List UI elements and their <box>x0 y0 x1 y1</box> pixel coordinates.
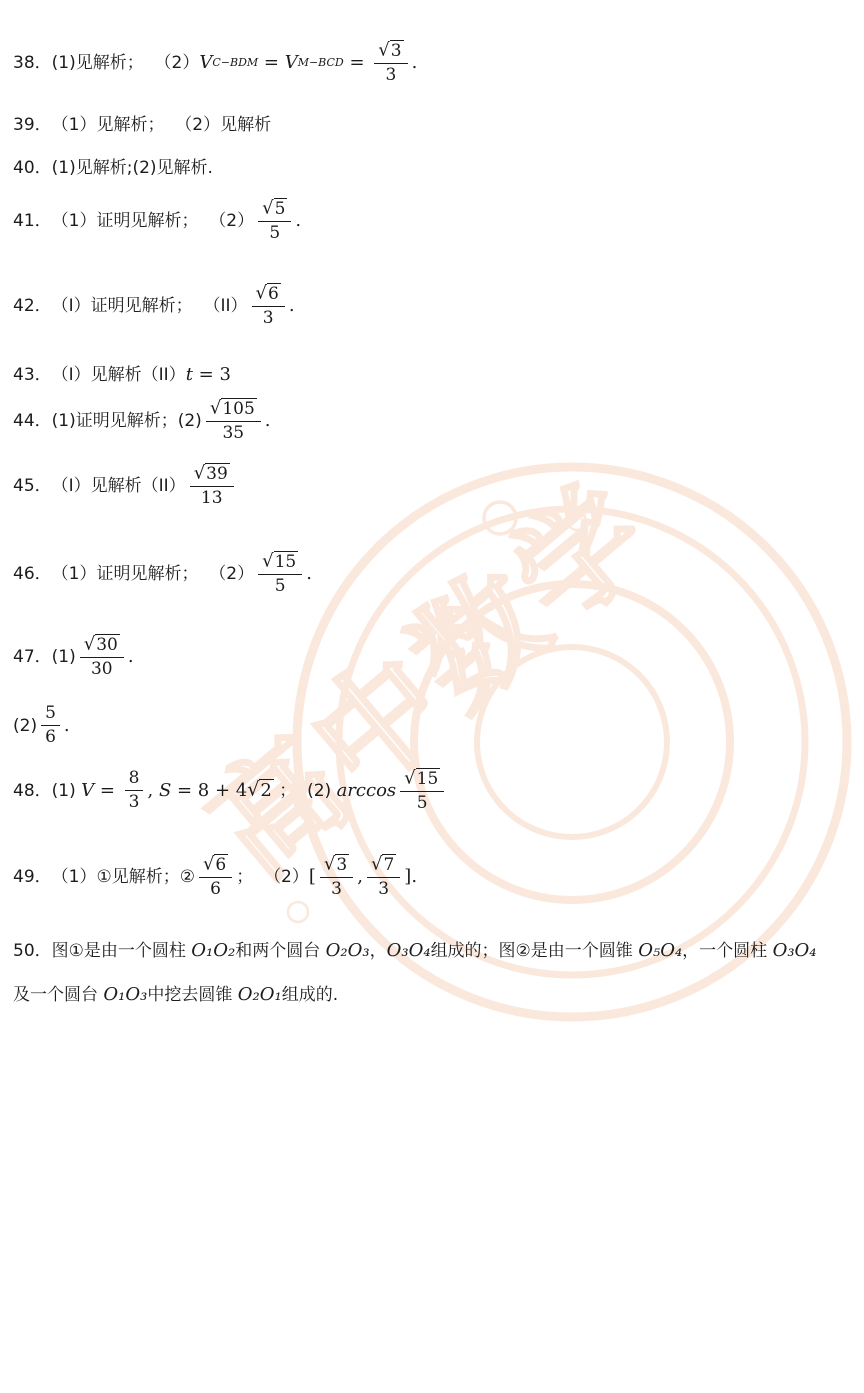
radical-symbol: √ <box>194 464 205 484</box>
watermark-ring-3 <box>414 584 730 900</box>
denominator: 6 <box>210 878 221 900</box>
part-1-label: (1) <box>52 780 81 802</box>
item-number: 40． <box>13 157 52 179</box>
square-root: √7 <box>371 854 396 876</box>
denominator: 13 <box>201 487 223 509</box>
math-label-o3o4: O₃O₄ <box>387 928 431 974</box>
right-bracket: ] <box>404 865 411 888</box>
answer-item-49: 49．（1）①见解析；② √6 6 ； （2） [ √3 3 , √7 3 ]. <box>13 854 417 899</box>
math-label-o2o3: O₂O₃ <box>326 928 370 974</box>
answer-item-43: 43．（I）见解析（II） t = 3 <box>13 363 231 386</box>
square-root: √15 <box>404 768 440 790</box>
text-segment: 中挖去圆锥 <box>147 972 237 1018</box>
numerator: 8 <box>129 769 140 789</box>
period: . <box>411 865 417 888</box>
denominator: 3 <box>263 307 274 329</box>
radicand: 6 <box>214 854 228 876</box>
part-2-label: (2) <box>178 410 202 432</box>
fraction: √5 5 <box>258 198 291 243</box>
math-variable: t <box>186 363 193 386</box>
semicolon: ； <box>236 866 264 888</box>
answer-item-40: 40．(1)见解析;(2)见解析. <box>13 157 213 179</box>
comma: , <box>147 779 158 802</box>
radical-symbol: √ <box>262 199 273 219</box>
math-subscript: M−BCD <box>298 57 344 68</box>
radical-symbol: √ <box>324 855 335 875</box>
comma: , <box>357 865 363 888</box>
denominator: 35 <box>222 422 244 444</box>
period: . <box>412 51 418 74</box>
numerator: 5 <box>45 704 56 724</box>
radicand: 5 <box>274 198 288 220</box>
part-1-label: (1) <box>52 646 76 668</box>
math-expression: = 8 + 4 <box>171 779 247 802</box>
fraction: √6 3 <box>252 283 285 328</box>
fraction: √7 3 <box>367 854 400 899</box>
denominator: 5 <box>417 792 428 814</box>
watermark-ring-inner <box>477 647 667 837</box>
radicand: 3 <box>335 854 349 876</box>
item-number: 46． <box>13 563 52 585</box>
answer-sheet-page: 高中数学 38．(1)见解析； （2） VC−BDM = VM−BCD = √3… <box>0 0 864 1393</box>
answer-item-50-line2: 及一个圆台 O₁O₃中挖去圆锥 O₂O₁组成的. <box>13 972 338 1018</box>
denominator: 3 <box>331 878 342 900</box>
radicand: 2 <box>259 779 273 802</box>
radical-symbol: √ <box>262 552 273 572</box>
math-variable: V <box>199 51 212 74</box>
square-root: √6 <box>256 283 281 305</box>
math-label-o1o3: O₁O₃ <box>103 972 147 1018</box>
fraction: √39 13 <box>190 463 234 508</box>
math-variable: S <box>159 779 171 802</box>
radicand: 30 <box>95 634 120 656</box>
answer-text: （I）见解析（II） <box>52 364 186 386</box>
answer-text: （I）见解析（II） <box>52 475 186 497</box>
square-root: √3 <box>324 854 349 876</box>
denominator: 5 <box>275 575 286 597</box>
square-root: √5 <box>262 198 287 220</box>
math-label-o3o4: O₃O₄ <box>773 928 817 974</box>
fraction: √6 6 <box>199 854 232 899</box>
math-variable: V <box>81 779 94 802</box>
fraction: √3 3 <box>320 854 353 899</box>
equals-sign: = <box>193 363 220 386</box>
watermark-small-circle-1 <box>484 502 516 534</box>
denominator: 3 <box>385 64 396 86</box>
item-number: 49． <box>13 866 52 888</box>
fraction: √30 30 <box>80 634 124 679</box>
answer-part-1: (1)证明见解析； <box>52 410 178 432</box>
fraction: √15 5 <box>258 551 302 596</box>
answer-item-42: 42．（I）证明见解析； （II） √6 3 . <box>13 283 295 328</box>
answer-item-39: 39．（1）见解析； （2）见解析 <box>13 114 271 136</box>
period: . <box>265 409 271 432</box>
item-number: 47． <box>13 646 52 668</box>
square-root: √105 <box>210 398 257 420</box>
fraction: 8 3 <box>125 769 144 812</box>
item-number: 44． <box>13 410 52 432</box>
radicand: 15 <box>274 551 299 573</box>
radicand: 7 <box>382 854 396 876</box>
comma: ， <box>370 928 387 974</box>
fraction: √15 5 <box>400 768 444 813</box>
square-root: √3 <box>378 40 403 62</box>
part-2-label: （2） <box>209 563 254 585</box>
period: . <box>306 562 312 585</box>
radicand: 15 <box>416 768 441 790</box>
radical-symbol: √ <box>371 855 382 875</box>
fraction: 5 6 <box>41 704 60 747</box>
denominator: 6 <box>45 726 56 748</box>
text-segment: 组成的；图②是由一个圆锥 <box>431 928 639 974</box>
item-number: 38． <box>13 52 52 74</box>
answer-part-1: (1)见解析； <box>52 52 155 74</box>
period: . <box>289 294 295 317</box>
watermark-text: 高中数学 <box>185 456 680 904</box>
period: . <box>128 645 134 668</box>
radicand: 105 <box>221 398 256 420</box>
text-segment: 及一个圆台 <box>13 972 103 1018</box>
radical-symbol: √ <box>256 284 267 304</box>
text-segment: 组成的. <box>282 972 338 1018</box>
radical-symbol: √ <box>210 399 221 419</box>
item-number: 42． <box>13 295 52 317</box>
square-root: √30 <box>84 634 120 656</box>
answer-item-46: 46．（1）证明见解析； （2） √15 5 . <box>13 551 312 596</box>
text-segment: 图①是由一个圆柱 <box>52 928 192 974</box>
part-2-label: （2） <box>155 52 200 74</box>
answer-item-44: 44．(1)证明见解析；(2) √105 35 . <box>13 398 271 443</box>
radicand: 3 <box>390 40 404 62</box>
fraction: √3 3 <box>374 40 407 85</box>
item-number: 39． <box>13 114 52 136</box>
math-subscript: C−BDM <box>212 57 258 68</box>
square-root: √39 <box>194 463 230 485</box>
equals-sign: = <box>258 51 285 74</box>
answer-item-41: 41．（1）证明见解析； （2） √5 5 . <box>13 198 301 243</box>
denominator: 5 <box>269 222 280 244</box>
part-2-label: （II） <box>203 295 247 317</box>
item-number: 41． <box>13 210 52 232</box>
radical-symbol: √ <box>203 855 214 875</box>
answer-item-48: 48．(1) V = 8 3 , S = 8 + 4√2 ； (2) arcco… <box>13 768 448 813</box>
answer-text: (1)见解析;(2)见解析. <box>52 157 213 179</box>
arccos-function: arccos <box>337 779 397 802</box>
radical-symbol: √ <box>247 780 259 801</box>
item-number: 43． <box>13 364 52 386</box>
radical-symbol: √ <box>404 769 415 789</box>
answer-text: （1）见解析； （2）见解析 <box>52 114 271 136</box>
answer-part-1: （I）证明见解析； <box>52 295 204 317</box>
semicolon: ； <box>274 780 307 802</box>
denominator: 3 <box>129 791 140 813</box>
square-root: √15 <box>262 551 298 573</box>
math-label-o5o4: O₅O₄ <box>638 928 682 974</box>
answer-item-50-line1: 50．图①是由一个圆柱 O₁O₂和两个圆台 O₂O₃，O₃O₄组成的；图②是由一… <box>13 928 817 974</box>
answer-item-47: 47．(1) √30 30 . <box>13 634 134 679</box>
part-2-label: (2) <box>13 715 37 737</box>
denominator: 30 <box>91 658 113 680</box>
answer-part-1: （1）①见解析；② <box>52 866 195 888</box>
left-bracket: [ <box>309 865 316 888</box>
part-2-label: （2） <box>209 210 254 232</box>
watermark-ring-2 <box>339 509 805 975</box>
text-segment: ，一个圆柱 <box>682 928 772 974</box>
period: . <box>295 209 301 232</box>
period: . <box>64 714 70 737</box>
math-variable: V <box>285 51 298 74</box>
math-value: 3 <box>219 363 230 386</box>
radicand: 39 <box>205 463 230 485</box>
item-number: 50． <box>13 928 52 974</box>
answer-part-1: （1）证明见解析； <box>52 563 210 585</box>
equals-sign: = <box>344 51 371 74</box>
item-number: 45． <box>13 475 52 497</box>
part-2-label: （2） <box>264 866 309 888</box>
text-segment: 和两个圆台 <box>235 928 325 974</box>
watermark-small-circle-3 <box>288 902 308 922</box>
answer-item-47-part2: (2) 5 6 . <box>13 704 70 747</box>
item-number: 48． <box>13 780 52 802</box>
answer-item-45: 45．（I）见解析（II） √39 13 <box>13 463 238 508</box>
square-root: √6 <box>203 854 228 876</box>
fraction: √105 35 <box>206 398 261 443</box>
part-2-label: (2) <box>307 780 336 802</box>
watermark-small-circle-2 <box>568 512 586 530</box>
radical-symbol: √ <box>378 41 389 61</box>
radicand: 6 <box>267 283 281 305</box>
math-label-o2o1: O₂O₁ <box>238 972 282 1018</box>
equals-sign: = <box>94 779 121 802</box>
denominator: 3 <box>378 878 389 900</box>
answer-item-38: 38．(1)见解析； （2） VC−BDM = VM−BCD = √3 3 . <box>13 40 417 85</box>
math-label-o1o2: O₁O₂ <box>191 928 235 974</box>
square-root: √2 <box>247 779 274 802</box>
answer-part-1: （1）证明见解析； <box>52 210 210 232</box>
radical-symbol: √ <box>84 635 95 655</box>
